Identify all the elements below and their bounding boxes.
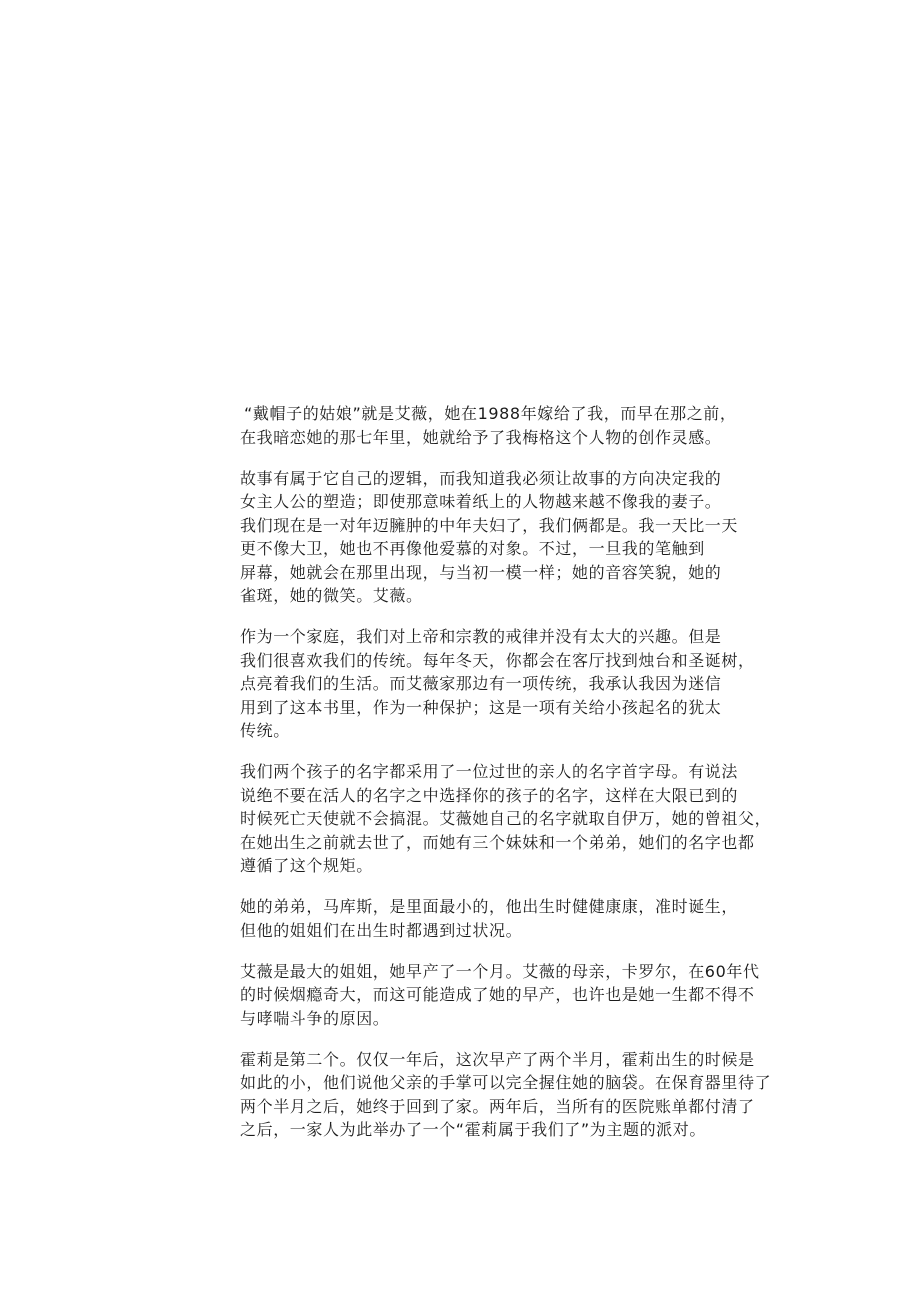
text-line: 两个半月之后，她终于回到了家。两年后，当所有的医院账单都付清了 [240, 1095, 820, 1119]
text-line: 之后，一家人为此举办了一个“霍莉属于我们了”为主题的派对。 [240, 1118, 820, 1142]
text-line: 点亮着我们的生活。而艾薇家那边有一项传统，我承认我因为迷信 [240, 672, 820, 696]
text-line: 在我暗恋她的那七年里，她就给予了我梅格这个人物的创作灵感。 [240, 426, 820, 450]
text-line: 在她出生之前就去世了，而她有三个妹妹和一个弟弟，她们的名字也都 [240, 831, 820, 855]
paragraph-5: 她的弟弟，马库斯，是里面最小的，他出生时健健康康，准时诞生， 但他的姐姐们在出生… [240, 895, 820, 942]
text-line: 女主人公的塑造；即使那意味着纸上的人物越来越不像我的妻子。 [240, 490, 820, 514]
text-line: 传统。 [240, 719, 820, 743]
text-line: “戴帽子的姑娘”就是艾薇，她在1988年嫁给了我，而早在那之前， [240, 402, 820, 426]
document-page: “戴帽子的姑娘”就是艾薇，她在1988年嫁给了我，而早在那之前， 在我暗恋她的那… [240, 402, 820, 1159]
text-line: 雀斑，她的微笑。艾薇。 [240, 584, 820, 608]
text-line: 如此的小，他们说他父亲的手掌可以完全握住她的脑袋。在保育器里待了 [240, 1071, 820, 1095]
text-line: 更不像大卫，她也不再像他爱慕的对象。不过，一旦我的笔触到 [240, 537, 820, 561]
paragraph-3: 作为一个家庭，我们对上帝和宗教的戒律并没有太大的兴趣。但是 我们很喜欢我们的传统… [240, 625, 820, 743]
paragraph-1: “戴帽子的姑娘”就是艾薇，她在1988年嫁给了我，而早在那之前， 在我暗恋她的那… [240, 402, 820, 449]
text-line: 的时候烟瘾奇大，而这可能造成了她的早产，也许也是她一生都不得不 [240, 983, 820, 1007]
text-line: 我们两个孩子的名字都采用了一位过世的亲人的名字首字母。有说法 [240, 760, 820, 784]
text-line: 说绝不要在活人的名字之中选择你的孩子的名字，这样在大限已到的 [240, 784, 820, 808]
text-line: 遵循了这个规矩。 [240, 854, 820, 878]
paragraph-2: 故事有属于它自己的逻辑，而我知道我必须让故事的方向决定我的 女主人公的塑造；即使… [240, 467, 820, 608]
text-line: 与哮喘斗争的原因。 [240, 1007, 820, 1031]
text-line: 屏幕，她就会在那里出现，与当初一模一样；她的音容笑貌，她的 [240, 561, 820, 585]
paragraph-7: 霍莉是第二个。仅仅一年后，这次早产了两个半月，霍莉出生的时候是 如此的小，他们说… [240, 1048, 820, 1142]
paragraph-4: 我们两个孩子的名字都采用了一位过世的亲人的名字首字母。有说法 说绝不要在活人的名… [240, 760, 820, 878]
text-line: 用到了这本书里，作为一种保护；这是一项有关给小孩起名的犹太 [240, 696, 820, 720]
text-line: 霍莉是第二个。仅仅一年后，这次早产了两个半月，霍莉出生的时候是 [240, 1048, 820, 1072]
text-line: 但他的姐姐们在出生时都遇到过状况。 [240, 919, 820, 943]
text-line: 时候死亡天使就不会搞混。艾薇她自己的名字就取自伊万，她的曾祖父， [240, 807, 820, 831]
text-line: 我们现在是一对年迈臃肿的中年夫妇了，我们俩都是。我一天比一天 [240, 514, 820, 538]
text-line: 我们很喜欢我们的传统。每年冬天，你都会在客厅找到烛台和圣诞树， [240, 649, 820, 673]
text-line: 故事有属于它自己的逻辑，而我知道我必须让故事的方向决定我的 [240, 467, 820, 491]
paragraph-6: 艾薇是最大的姐姐，她早产了一个月。艾薇的母亲，卡罗尔，在60年代 的时候烟瘾奇大… [240, 960, 820, 1031]
text-line: 她的弟弟，马库斯，是里面最小的，他出生时健健康康，准时诞生， [240, 895, 820, 919]
text-line: 艾薇是最大的姐姐，她早产了一个月。艾薇的母亲，卡罗尔，在60年代 [240, 960, 820, 984]
text-line: 作为一个家庭，我们对上帝和宗教的戒律并没有太大的兴趣。但是 [240, 625, 820, 649]
